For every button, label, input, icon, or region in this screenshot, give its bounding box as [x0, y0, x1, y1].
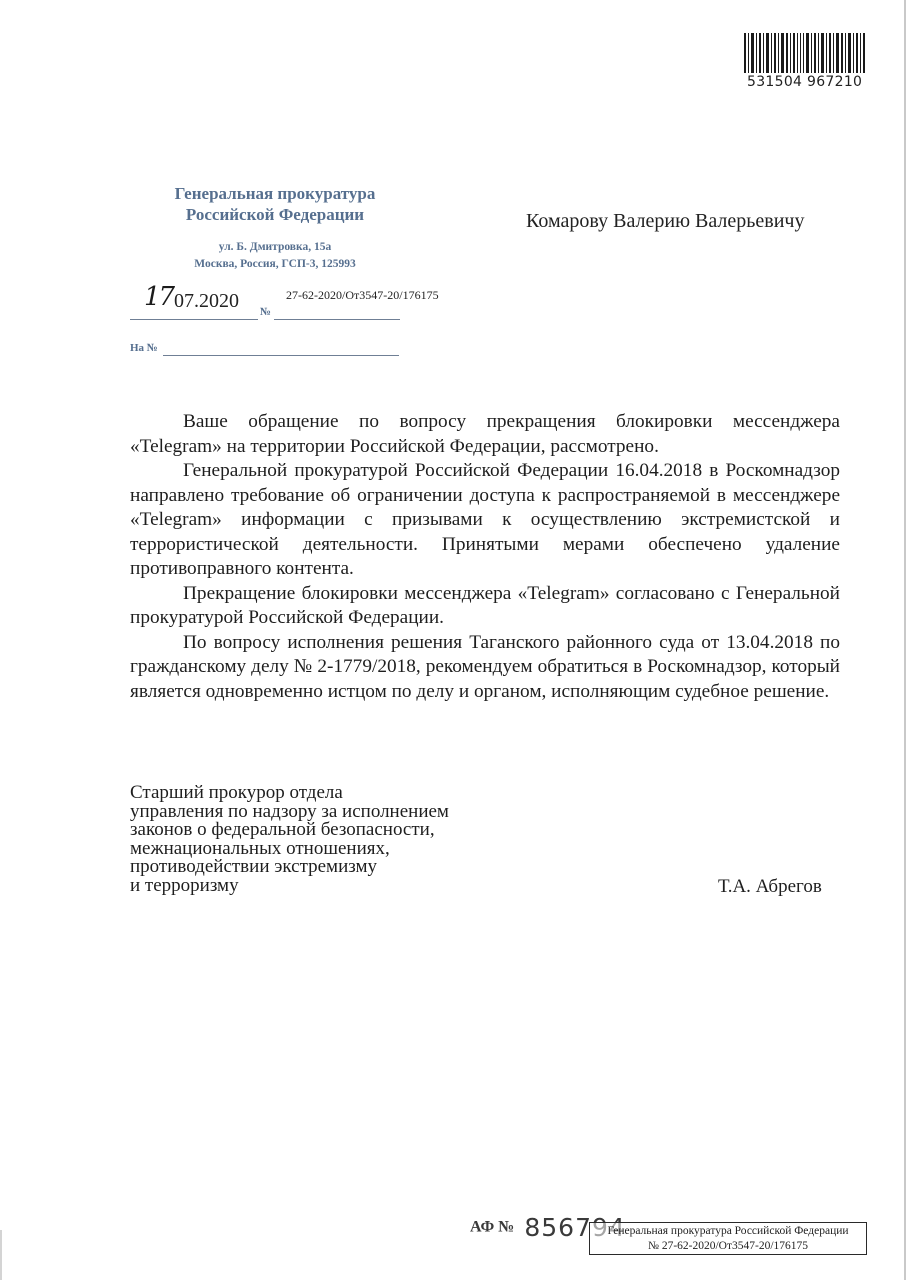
date-month-year: 07.2020: [174, 290, 239, 313]
stamp-organization: Генеральная прокуратура Российской Федер…: [590, 1224, 866, 1239]
organization-name-line: Российской Федерации: [125, 204, 425, 225]
outgoing-number: 27-62-2020/От3547-20/176175: [286, 288, 439, 303]
body-paragraph: Генеральной прокуратурой Российской Феде…: [130, 459, 840, 582]
signer-title-line: и терроризму: [130, 877, 449, 896]
number-sign-label: №: [260, 306, 271, 318]
address-line: ул. Б. Дмитровка, 15а: [125, 239, 425, 256]
form-series-prefix: АФ №: [470, 1219, 514, 1236]
body-paragraph: Ваше обращение по вопросу прекращения бл…: [130, 410, 840, 459]
body-paragraph: Прекращение блокировки мессенджера «Tele…: [130, 582, 840, 631]
page-edge: [0, 1230, 2, 1280]
barcode-bars-icon: [744, 33, 866, 77]
letter-body: Ваше обращение по вопросу прекращения бл…: [130, 410, 840, 704]
addressee: Комарову Валерию Валерьевичу: [526, 210, 804, 233]
organization-name: Генеральная прокуратура Российской Федер…: [125, 183, 425, 225]
signer-title-line: Старший прокурор отдела: [130, 784, 449, 803]
body-paragraph: По вопросу исполнения решения Таганского…: [130, 631, 840, 705]
reference-underline: [163, 355, 399, 356]
date-underline: [130, 319, 258, 320]
address-line: Москва, Россия, ГСП-3, 125993: [125, 256, 425, 273]
reference-field: На №: [130, 340, 400, 360]
letterhead: Генеральная прокуратура Российской Федер…: [125, 183, 425, 273]
organization-address: ул. Б. Дмитровка, 15а Москва, Россия, ГС…: [125, 239, 425, 273]
registration-stamp: Генеральная прокуратура Российской Федер…: [589, 1222, 867, 1255]
reference-label: На №: [130, 342, 158, 354]
signer-name: Т.А. Абрегов: [718, 876, 822, 898]
organization-name-line: Генеральная прокуратура: [125, 183, 425, 204]
signer-title-line: противодействии экстремизму: [130, 858, 449, 877]
barcode-number: 531504 967210: [744, 73, 869, 91]
barcode: 531504 967210: [744, 33, 864, 93]
signer-title-line: законов о федеральной безопасности,: [130, 821, 449, 840]
signer-title: Старший прокурор отдела управления по на…: [130, 784, 449, 895]
number-underline: [274, 319, 400, 320]
page-edge: [904, 0, 906, 1280]
stamp-number: № 27-62-2020/От3547-20/176175: [590, 1239, 866, 1254]
handwritten-day: 17: [144, 282, 173, 312]
